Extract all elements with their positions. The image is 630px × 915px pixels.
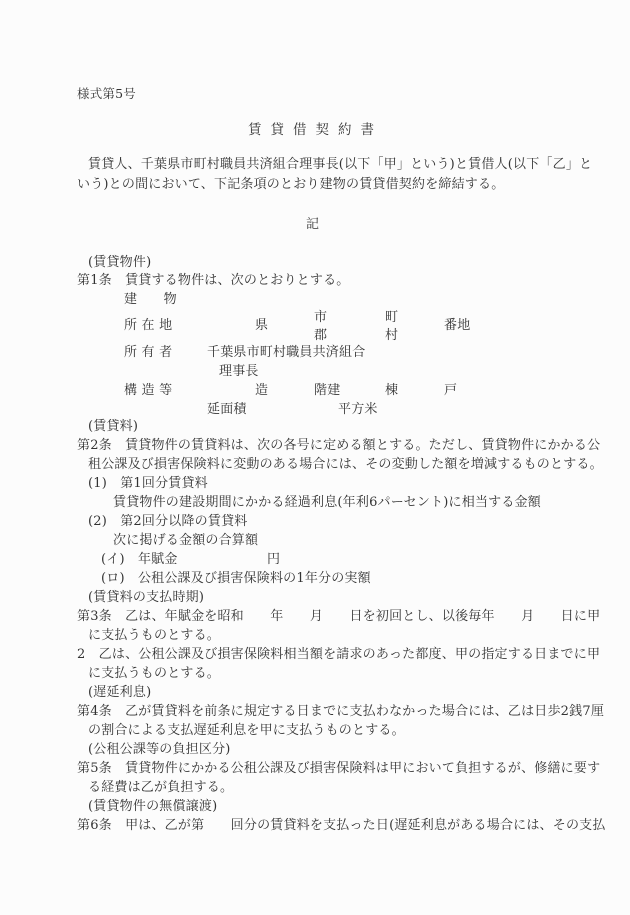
article6-heading: (賃貸物件の無償譲渡) (88, 799, 217, 815)
structure-construct: 造 (255, 383, 268, 399)
article5-line-1: 第5条 賃貸物件にかかる公租公課及び損害保険料は甲において負担するが、修繕に要す (77, 761, 600, 777)
article3-heading: (賃貸料の支払時期) (88, 590, 204, 606)
document-title: 賃貸借契約書 (248, 122, 383, 138)
article2-item2-label: (2) 第2回分以降の賃貸料 (88, 514, 248, 530)
article2-sub-i-unit: 円 (267, 552, 280, 568)
article3-line-2: に支払うものとする。 (88, 628, 220, 644)
article2-sub-i: (イ) 年賦金 (101, 552, 178, 568)
form-number: 様式第5号 (77, 86, 136, 102)
article4-line-1: 第4条 乙が賃貸料を前条に規定する日までに支払わなかった場合には、乙は日歩2銭7… (77, 704, 604, 720)
article3-para2-line-1: 2 乙は、公租公課及び損害保険料相当額を請求のあった都度、甲の指定する日までに甲 (77, 647, 600, 663)
article3-para2-line-2: に支払うものとする。 (88, 666, 220, 682)
article4-line-2: の割合による支払遅延利息を甲に支払うものとする。 (88, 723, 405, 739)
article2-heading: (賃貸料) (88, 419, 138, 435)
owner-name: 千葉県市町村職員共済組合 (207, 345, 365, 361)
location-label: 所 在 地 (124, 318, 172, 334)
preamble-line-1: 賃貸人、千葉県市町村職員共済組合理事長(以下「甲」という)と賃借人(以下「乙」と (88, 157, 592, 173)
owner-label: 所 有 者 (124, 345, 172, 361)
floor-area-unit: 平方米 (338, 402, 378, 418)
floor-area-label: 延面積 (207, 402, 247, 418)
ki-heading: 記 (306, 217, 319, 233)
location-town: 町 (385, 310, 398, 326)
location-village: 村 (385, 328, 398, 344)
document-page: 様式第5号 賃貸借契約書 賃貸人、千葉県市町村職員共済組合理事長(以下「甲」とい… (0, 0, 630, 915)
preamble-line-2: いう)との間において、下記条項のとおり建物の賃貸借契約を締結する。 (77, 177, 504, 193)
article5-line-2: る経費は乙が負担する。 (88, 780, 233, 796)
structure-floors: 階建 (314, 383, 340, 399)
article5-heading: (公租公課等の負担区分) (88, 742, 231, 758)
structure-buildings: 棟 (385, 383, 398, 399)
structure-units: 戸 (444, 383, 457, 399)
article6-line-1: 第6条 甲は、乙が第 回分の賃貸料を支払った日(遅延利息がある場合には、その支払 (77, 818, 606, 834)
location-lot: 番地 (444, 318, 470, 334)
article2-item1-text: 賃貸物件の建設期間にかかる経過利息(年利6パーセント)に相当する金額 (113, 495, 541, 511)
article3-line-1: 第3条 乙は、年賦金を昭和 年 月 日を初回とし、以後毎年 月 日に甲 (77, 609, 600, 625)
building-label: 建 物 (124, 292, 177, 308)
owner-title: 理事長 (219, 364, 259, 380)
location-city: 市 (314, 310, 327, 326)
article1-text: 第1条 賃貸する物件は、次のとおりとする。 (77, 273, 349, 289)
structure-label: 構 造 等 (124, 383, 172, 399)
article2-item1-label: (1) 第1回分賃貸料 (88, 476, 208, 492)
article1-heading: (賃貸物件) (88, 255, 151, 271)
article2-line-1: 第2条 賃貸物件の賃貸料は、次の各号に定める額とする。ただし、賃貸物件にかかる公 (77, 438, 600, 454)
location-pref: 県 (255, 318, 268, 334)
article2-sub-ro: (ロ) 公租公課及び損害保険料の1年分の実額 (101, 571, 371, 587)
location-county: 郡 (314, 328, 327, 344)
article2-line-2: 租公課及び損害保険料に変動のある場合には、その変動した額を増減するものとする。 (88, 457, 603, 473)
article2-item2-text: 次に掲げる金額の合算額 (113, 533, 258, 549)
article4-heading: (遅延利息) (88, 685, 151, 701)
